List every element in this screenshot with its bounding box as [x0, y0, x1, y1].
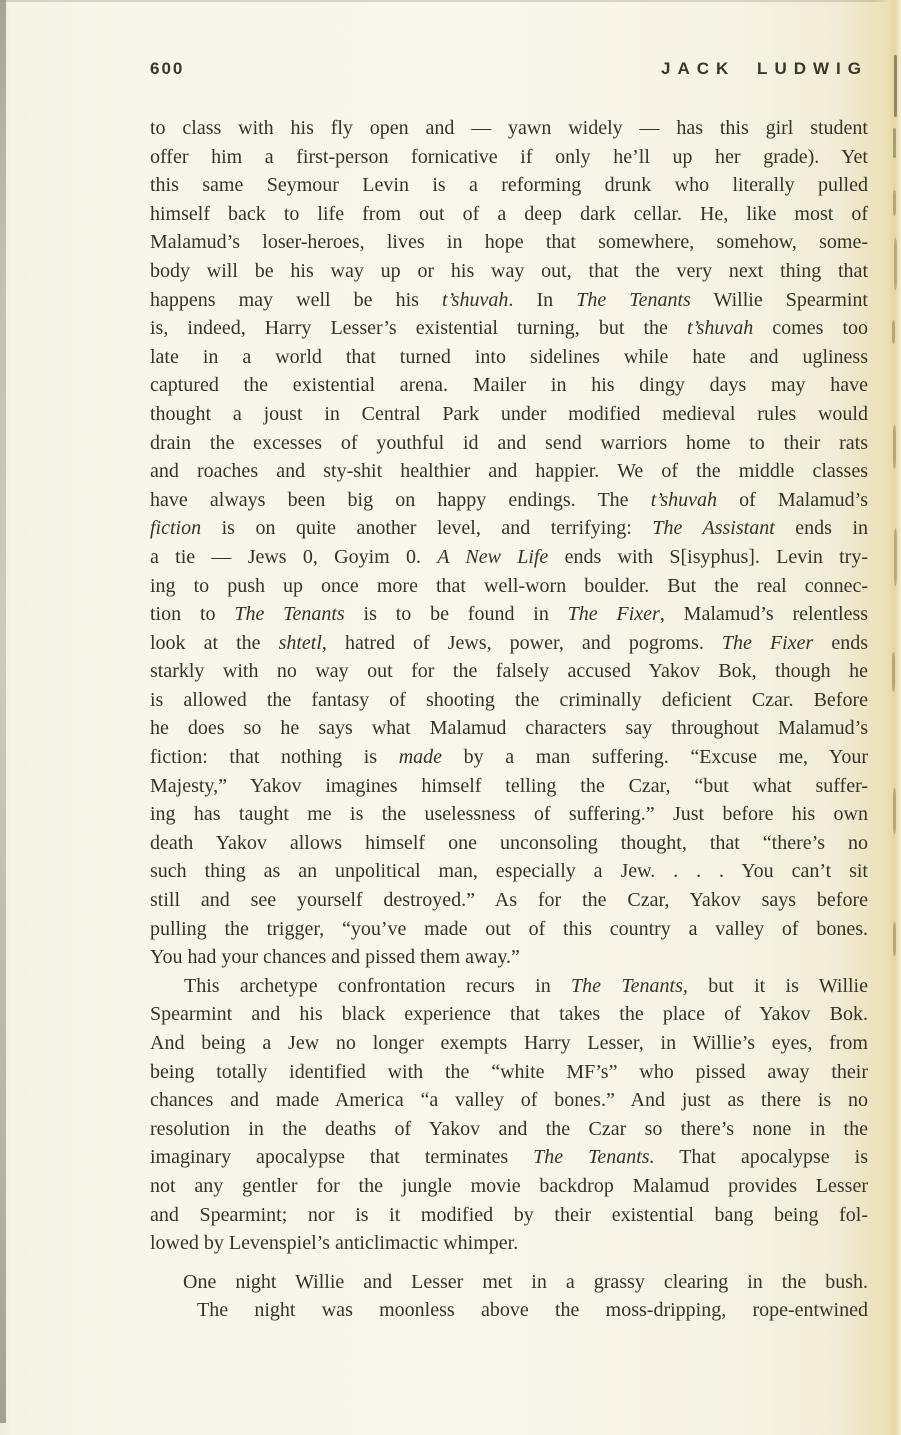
text-run: of Malamud’s	[717, 489, 868, 511]
text-run: Willie Spearmint	[691, 289, 868, 311]
page-edge-mark	[894, 55, 897, 117]
text-run: fiction	[150, 517, 201, 539]
text-run: t’shuvah	[442, 289, 508, 311]
text-line: resolution in the deaths of Yakov and th…	[150, 1115, 868, 1144]
text-line: You had your chances and pissed them awa…	[150, 943, 868, 972]
text-run: body will be his way up or his way out, …	[150, 260, 868, 282]
text-line: pulling the trigger, “you’ve made out of…	[150, 915, 868, 944]
text-run: starkly with no way out for the falsely …	[150, 660, 868, 682]
text-line: And being a Jew no longer exempts Harry …	[150, 1029, 868, 1058]
text-run: himself back to life from out of a deep …	[150, 203, 868, 225]
text-line: ing to push up once more that well-worn …	[150, 572, 868, 601]
text-run: look at the	[150, 632, 279, 654]
page-edge-mark	[894, 528, 897, 586]
text-run: resolution in the deaths of Yakov and th…	[150, 1118, 868, 1140]
paragraph-continuation: to class with his fly open and — yawn wi…	[150, 114, 868, 972]
text-line: this same Seymour Levin is a reforming d…	[150, 171, 868, 200]
text-line: This archetype confrontation recurs in T…	[150, 972, 868, 1001]
book-page: 600 JACK LUDWIG to class with his fly op…	[0, 0, 901, 1435]
text-run: he does so he says what Malamud characte…	[150, 717, 868, 739]
text-run: still and see yourself destroyed.” As fo…	[150, 889, 868, 911]
text-run: t’shuvah	[687, 317, 753, 339]
text-run: ing to push up once more that well-worn …	[150, 575, 868, 597]
text-run: A New Life	[437, 546, 548, 568]
text-line: himself back to life from out of a deep …	[150, 200, 868, 229]
text-line: Malamud’s loser-heroes, lives in hope th…	[150, 228, 868, 257]
text-line: chances and made America “a valley of bo…	[150, 1086, 868, 1115]
text-run: ends in	[775, 517, 868, 539]
text-run: shtetl,	[279, 632, 327, 654]
text-run: and Spearmint; nor is it modified by the…	[150, 1204, 868, 1226]
text-run: and roaches and sty-shit healthier and h…	[150, 460, 868, 482]
text-line: is allowed the fantasy of shooting the c…	[150, 686, 868, 715]
page-edge-mark	[893, 425, 896, 469]
text-line: One night Willie and Lesser met in a gra…	[183, 1268, 868, 1297]
text-line: being totally identified with the “white…	[150, 1058, 868, 1087]
text-run: . In	[508, 289, 576, 311]
text-line: such thing as an unpolitical man, especi…	[150, 857, 868, 886]
text-run: is, indeed, Harry Lesser’s existential t…	[150, 317, 687, 339]
text-run: lowed by Levenspiel’s anticlimactic whim…	[150, 1232, 518, 1254]
text-line: Majesty,” Yakov imagines himself telling…	[150, 772, 868, 801]
text-line: The night was moonless above the moss-dr…	[183, 1296, 868, 1325]
text-run: being totally identified with the “white…	[150, 1061, 868, 1083]
text-run: captured the existential arena. Mailer i…	[150, 374, 868, 396]
text-run: The Tenants.	[533, 1146, 654, 1168]
block-quote: One night Willie and Lesser met in a gra…	[150, 1268, 868, 1325]
text-run: drain the excesses of youthful id and se…	[150, 432, 868, 454]
text-line: body will be his way up or his way out, …	[150, 257, 868, 286]
text-run: death Yakov allows himself one unconsoli…	[150, 832, 868, 854]
page-header: 600 JACK LUDWIG	[150, 59, 868, 81]
text-run: to class with his fly open and — yawn wi…	[150, 117, 868, 139]
text-run: happens may well be his	[150, 289, 442, 311]
text-line: fiction is on quite another level, and t…	[150, 514, 868, 543]
text-run: is on quite another level, and terrifyin…	[201, 517, 652, 539]
text-line: look at the shtetl, hatred of Jews, powe…	[150, 629, 868, 658]
text-run: imaginary apocalypse that terminates	[150, 1146, 533, 1168]
text-run: You had your chances and pissed them awa…	[150, 946, 520, 968]
text-run: fiction: that nothing is	[150, 746, 399, 768]
text-run: late in a world that turned into sidelin…	[150, 346, 868, 368]
book-fore-edge	[875, 0, 901, 1435]
text-run: The Fixer	[722, 632, 813, 654]
text-line: imaginary apocalypse that terminates The…	[150, 1143, 868, 1172]
text-run: but it is Willie	[688, 975, 868, 997]
text-run: , Malamud’s relentless	[660, 603, 868, 625]
text-line: a tie — Jews 0, Goyim 0. A New Life ends…	[150, 543, 868, 572]
page-number: 600	[150, 59, 184, 79]
text-run: this same Seymour Levin is a reforming d…	[150, 174, 868, 196]
text-line: drain the excesses of youthful id and se…	[150, 429, 868, 458]
text-run: The Fixer	[568, 603, 660, 625]
text-line: have always been big on happy endings. T…	[150, 486, 868, 515]
text-run: a tie — Jews 0, Goyim 0.	[150, 546, 437, 568]
text-line: Spearmint and his black experience that …	[150, 1000, 868, 1029]
page-body-text: to class with his fly open and — yawn wi…	[150, 114, 868, 1325]
text-run: The Tenants	[234, 603, 344, 625]
text-run: ing has taught me is the uselessness of …	[150, 803, 868, 825]
text-run: offer him a first-person fornicative if …	[150, 146, 868, 168]
text-run: tion to	[150, 603, 234, 625]
scan-left-edge	[0, 0, 6, 1423]
page-edge-mark	[893, 788, 896, 834]
text-line: offer him a first-person fornicative if …	[150, 143, 868, 172]
text-run: Malamud’s loser-heroes, lives in hope th…	[150, 231, 868, 253]
page-edge-mark	[892, 320, 895, 344]
text-line: captured the existential arena. Mailer i…	[150, 371, 868, 400]
text-line: tion to The Tenants is to be found in Th…	[150, 600, 868, 629]
text-run: comes too	[753, 317, 868, 339]
text-run: such thing as an unpolitical man, especi…	[150, 860, 868, 882]
text-line: thought a joust in Central Park under mo…	[150, 400, 868, 429]
text-run: made	[399, 746, 442, 768]
text-run: The Tenants,	[571, 975, 688, 997]
text-run: Majesty,” Yakov imagines himself telling…	[150, 775, 868, 797]
text-run: is allowed the fantasy of shooting the c…	[150, 689, 868, 711]
text-line: lowed by Levenspiel’s anticlimactic whim…	[150, 1229, 868, 1258]
text-line: and roaches and sty-shit healthier and h…	[150, 457, 868, 486]
text-run: is to be found in	[345, 603, 568, 625]
text-line: starkly with no way out for the falsely …	[150, 657, 868, 686]
text-run: thought a joust in Central Park under mo…	[150, 403, 868, 425]
text-run: ends with S[isyphus]. Levin try-	[548, 546, 868, 568]
text-line: not any gentler for the jungle movie bac…	[150, 1172, 868, 1201]
text-run: chances and made America “a valley of bo…	[150, 1089, 868, 1111]
text-run: That apocalypse is	[655, 1146, 868, 1168]
text-line: happens may well be his t’shuvah. In The…	[150, 286, 868, 315]
paragraph-archetype: This archetype confrontation recurs in T…	[150, 972, 868, 1258]
text-run: The Tenants	[576, 289, 691, 311]
text-line: ing has taught me is the uselessness of …	[150, 800, 868, 829]
scanned-page: 600 JACK LUDWIG to class with his fly op…	[0, 0, 901, 1435]
text-run: pulling the trigger, “you’ve made out of…	[150, 918, 868, 940]
running-head-author: JACK LUDWIG	[661, 59, 868, 79]
page-edge-mark	[893, 128, 896, 158]
page-edge-mark	[893, 190, 896, 216]
text-run: The night was moonless above the moss-dr…	[197, 1299, 868, 1321]
text-line: to class with his fly open and — yawn wi…	[150, 114, 868, 143]
page-edge-mark	[894, 238, 897, 290]
text-run: The Assistant	[652, 517, 774, 539]
text-line: he does so he says what Malamud characte…	[150, 714, 868, 743]
text-run: not any gentler for the jungle movie bac…	[150, 1175, 868, 1197]
text-run: This archetype confrontation recurs in	[184, 975, 571, 997]
text-run: ends	[813, 632, 868, 654]
text-run: by a man suffering. “Excuse me, Your	[442, 746, 868, 768]
text-line: fiction: that nothing is made by a man s…	[150, 743, 868, 772]
text-line: is, indeed, Harry Lesser’s existential t…	[150, 314, 868, 343]
text-run: hatred of Jews, power, and pogroms.	[327, 632, 722, 654]
page-edge-mark	[892, 652, 895, 692]
text-line: and Spearmint; nor is it modified by the…	[150, 1201, 868, 1230]
page-edge-mark	[893, 922, 896, 956]
text-run: have always been big on happy endings. T…	[150, 489, 651, 511]
text-run: Spearmint and his black experience that …	[150, 1003, 868, 1025]
text-line: still and see yourself destroyed.” As fo…	[150, 886, 868, 915]
text-run: t’shuvah	[651, 489, 717, 511]
text-run: And being a Jew no longer exempts Harry …	[150, 1032, 868, 1054]
text-run: One night Willie and Lesser met in a gra…	[183, 1271, 868, 1293]
text-line: death Yakov allows himself one unconsoli…	[150, 829, 868, 858]
text-line: late in a world that turned into sidelin…	[150, 343, 868, 372]
